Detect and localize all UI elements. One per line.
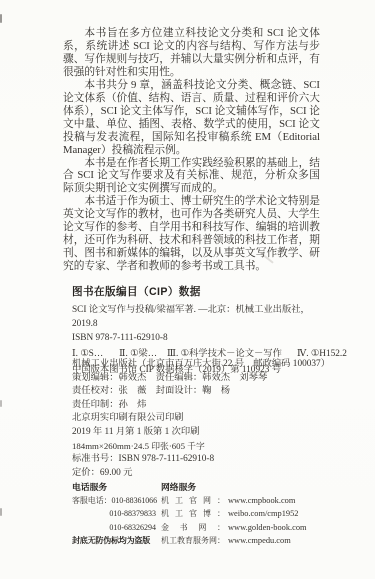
- network-service-url: weibo.com/cmp1952: [228, 509, 298, 518]
- anti-piracy-warning: 封底无防伪标均为盗版: [72, 534, 161, 547]
- scan-edge-artifact: [0, 508, 2, 516]
- network-service-label: 机工官网：: [161, 494, 225, 507]
- publication-block: 机械工业出版社（北京市百万庄大街 22 号 邮政编码 100037） 策划编辑：…: [72, 358, 326, 480]
- scan-edge-artifact: [0, 14, 2, 23]
- phone-service-row: 客服电话：010-88361066: [72, 494, 161, 507]
- network-service-row: 机工官网：www.cmpbook.com: [161, 494, 322, 507]
- intro-paragraph: 本书适于作为硕士、博士研究生的学术论文特别是英文论文写作的教材，也可作为各类研究…: [63, 195, 320, 273]
- cip-heading: 图书在版编目（CIP）数据: [72, 284, 326, 299]
- intro-paragraph: 本书旨在多方位建立科技论文分类和 SCI 论文体系，系统讲述 SCI 论文的内容…: [63, 27, 320, 79]
- printer-line: 北京玥实印刷有限公司印刷: [72, 412, 326, 426]
- phone-service-row: 010-88379833: [72, 507, 161, 520]
- cip-title-line: SCI 论文写作与投稿/梁福军著. —北京：机械工业出版社，2019.8: [72, 303, 326, 331]
- network-service-label: 机工官博：: [161, 507, 225, 520]
- phone-service-heading: 电话服务: [72, 481, 161, 494]
- publisher-line: 机械工业出版社（北京市百万庄大街 22 号 邮政编码 100037）: [72, 358, 326, 372]
- network-service-url: www.cmpedu.com: [228, 536, 291, 545]
- price-line: 定价：69.00 元: [72, 467, 326, 481]
- intro-paragraph: 本书共分 9 章，涵盖科技论文分类、概念链、SCI 论文体系（价值、结构、语言、…: [63, 79, 320, 157]
- network-service-url: www.cmpbook.com: [228, 496, 295, 505]
- network-service-row: 机工官博：weibo.com/cmp1952: [161, 507, 322, 520]
- network-service-label: 机工教育服务网：: [161, 534, 225, 547]
- network-service-label: 金书网：: [161, 521, 225, 534]
- book-number-line: 标准书号：ISBN 978-7-111-62910-8: [72, 453, 326, 467]
- staff-line: 策划编辑：韩效杰 责任编辑：韩效杰 刘琴琴: [72, 372, 326, 386]
- phone-service-row: 010-68326294: [72, 521, 161, 534]
- services-block: 电话服务 网络服务 客服电话：010-88361066 机工官网：www.cmp…: [72, 481, 322, 547]
- scan-edge-artifact: [0, 400, 2, 407]
- staff-line: 责任校对：张 薇 封面设计：鞠 杨: [72, 385, 326, 399]
- network-service-row: 机工教育服务网：www.cmpedu.com: [161, 534, 322, 547]
- intro-paragraph: 本书是在作者长期工作实践经验积累的基础上，结合 SCI 论文写作要求及有关标准、…: [63, 157, 320, 196]
- cip-isbn-line: ISBN 978-7-111-62910-8: [72, 331, 326, 345]
- book-introduction: 本书旨在多方位建立科技论文分类和 SCI 论文体系，系统讲述 SCI 论文的内容…: [63, 27, 320, 273]
- network-service-url: www.golden-book.com: [228, 523, 307, 532]
- network-service-row: 金书网：www.golden-book.com: [161, 521, 322, 534]
- format-line: 184mm×260mm·24.5 印张·605 千字: [72, 440, 326, 454]
- book-copyright-page: 本书旨在多方位建立科技论文分类和 SCI 论文体系，系统讲述 SCI 论文的内容…: [0, 0, 375, 579]
- staff-line: 责任印制：孙 炜: [72, 399, 326, 413]
- edition-line: 2019 年 11 月第 1 版第 1 次印刷: [72, 426, 326, 440]
- network-service-heading: 网络服务: [161, 481, 322, 494]
